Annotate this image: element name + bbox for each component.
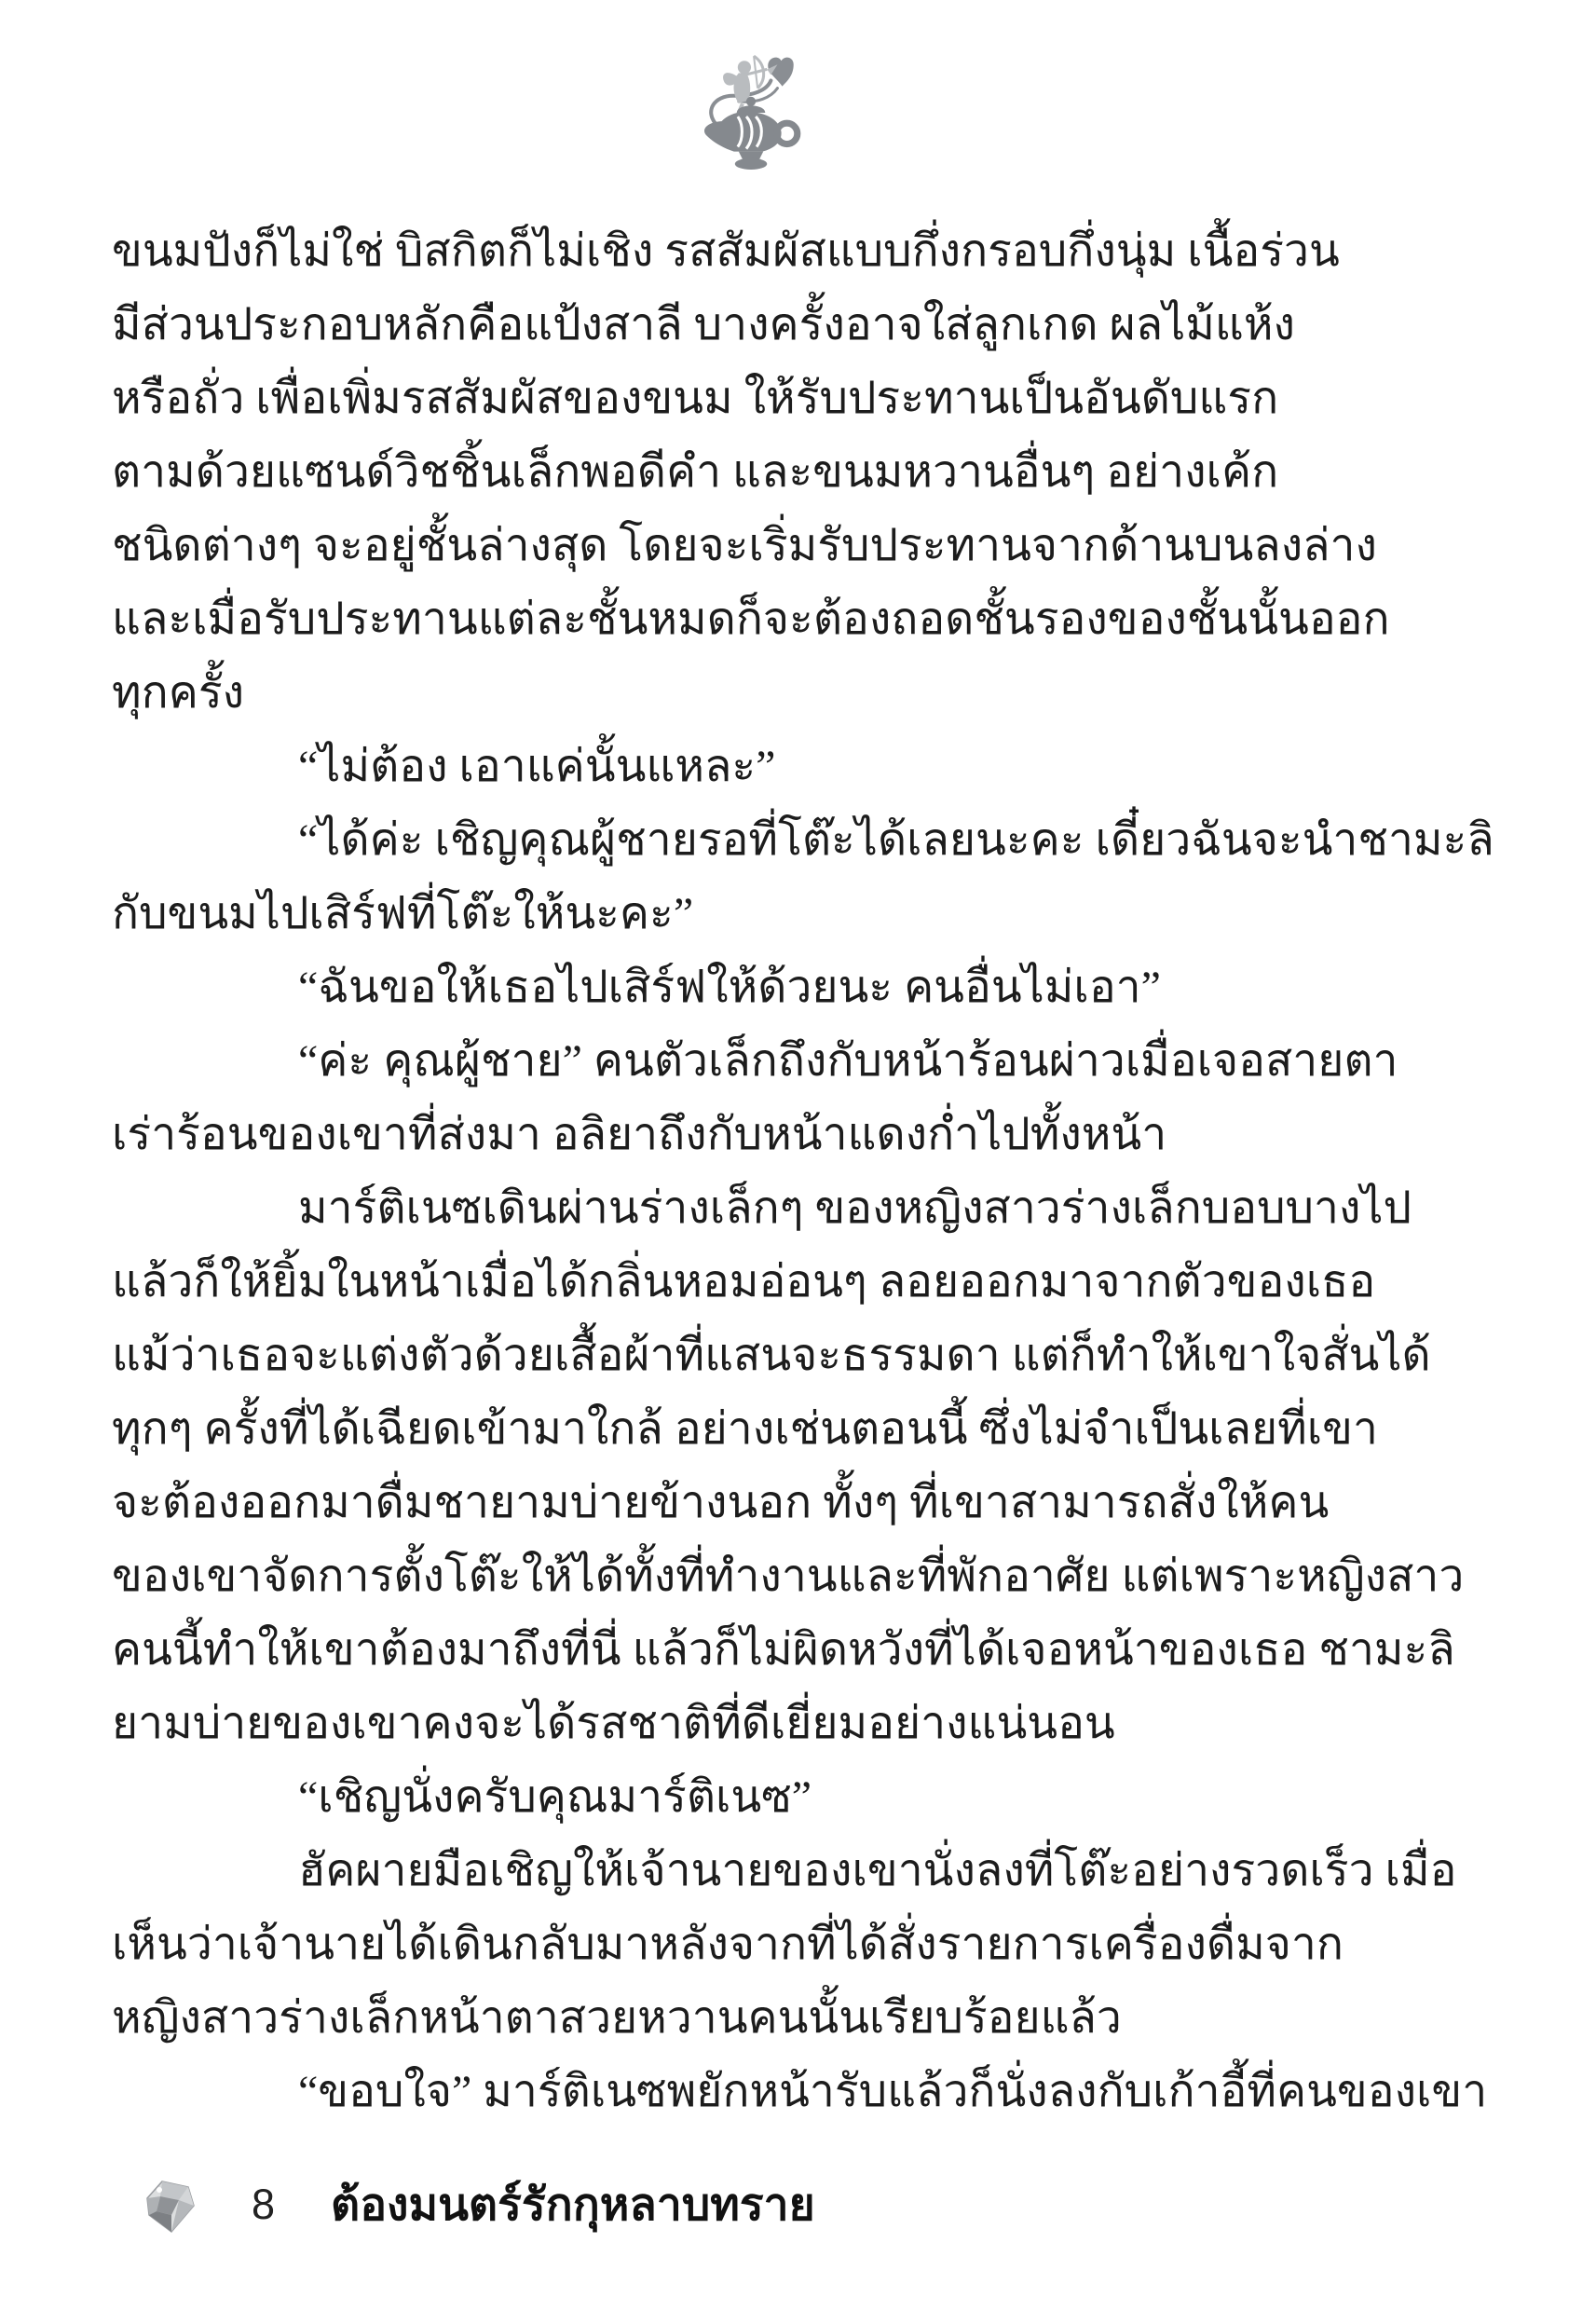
genie-lamp-icon	[691, 48, 807, 171]
text-line: จะต้องออกมาดื่มชายามบ่ายข้างนอก ทั้งๆ ที…	[112, 1466, 1334, 1539]
text-line: ฮัคผายมือเชิญให้เจ้านายของเขานั่งลงที่โต…	[112, 1834, 1334, 1908]
text-line: เร่าร้อนของเขาที่ส่งมา อลิยาถึงกับหน้าแด…	[112, 1098, 1334, 1171]
diamond-icon	[138, 2172, 203, 2237]
book-title: ต้องมนตร์รักกุหลาบทราย	[331, 2169, 815, 2240]
text-line: ขนมปังก็ไม่ใช่ บิสกิตก็ไม่เชิง รสสัมผัสแ…	[112, 214, 1334, 288]
text-line: แล้วก็ให้ยิ้มในหน้าเมื่อได้กลิ่นหอมอ่อนๆ…	[112, 1245, 1334, 1319]
body-text: ขนมปังก็ไม่ใช่ บิสกิตก็ไม่เชิง รสสัมผัสแ…	[112, 214, 1334, 2128]
text-line: “ได้ค่ะ เชิญคุณผู้ชายรอที่โต๊ะได้เลยนะคะ…	[112, 803, 1334, 877]
text-line: ตามด้วยแซนด์วิชชิ้นเล็กพอดีคำ และขนมหวาน…	[112, 435, 1334, 509]
text-line: มีส่วนประกอบหลักคือแป้งสาลี บางครั้งอาจใ…	[112, 288, 1334, 362]
text-line: หญิงสาวร่างเล็กหน้าตาสวยหวานคนนั้นเรียบร…	[112, 1981, 1334, 2055]
text-line: มาร์ติเนซเดินผ่านร่างเล็กๆ ของหญิงสาวร่า…	[112, 1171, 1334, 1245]
text-line: แม้ว่าเธอจะแต่งตัวด้วยเสื้อผ้าที่แสนจะธร…	[112, 1319, 1334, 1392]
text-line: “ไม่ต้อง เอาแค่นั้นแหละ”	[112, 730, 1334, 803]
text-line: ทุกๆ ครั้งที่ได้เฉียดเข้ามาใกล้ อย่างเช่…	[112, 1392, 1334, 1466]
text-line: กับขนมไปเสิร์ฟที่โต๊ะให้นะคะ”	[112, 877, 1334, 950]
text-line: “ค่ะ คุณผู้ชาย” คนตัวเล็กถึงกับหน้าร้อนผ…	[112, 1024, 1334, 1098]
page-footer: 8 ต้องมนตร์รักกุหลาบทราย	[138, 2169, 815, 2240]
text-line: เห็นว่าเจ้านายได้เดินกลับมาหลังจากที่ได้…	[112, 1908, 1334, 1981]
text-line: “ฉันขอให้เธอไปเสิร์ฟให้ด้วยนะ คนอื่นไม่เ…	[112, 950, 1334, 1024]
text-line: หรือถั่ว เพื่อเพิ่มรสสัมผัสของขนม ให้รับ…	[112, 362, 1334, 435]
text-line: ของเขาจัดการตั้งโต๊ะให้ได้ทั้งที่ทำงานแล…	[112, 1539, 1334, 1613]
genie-lamp-cupid-ornament	[691, 48, 807, 171]
text-line: คนนี้ทำให้เขาต้องมาถึงที่นี่ แล้วก็ไม่ผิ…	[112, 1613, 1334, 1687]
text-line: ทุกครั้ง	[112, 656, 1334, 730]
book-page: ขนมปังก็ไม่ใช่ บิสกิตก็ไม่เชิง รสสัมผัสแ…	[0, 0, 1596, 2311]
page-number: 8	[252, 2181, 275, 2229]
text-line: ชนิดต่างๆ จะอยู่ชั้นล่างสุด โดยจะเริ่มรั…	[112, 509, 1334, 582]
text-line: “ขอบใจ” มาร์ติเนซพยักหน้ารับแล้วก็นั่งลง…	[112, 2055, 1334, 2128]
text-line: “เชิญนั่งครับคุณมาร์ติเนซ”	[112, 1760, 1334, 1834]
text-line: ยามบ่ายของเขาคงจะได้รสชาติที่ดีเยี่ยมอย่…	[112, 1687, 1334, 1760]
text-line: และเมื่อรับประทานแต่ละชั้นหมดก็จะต้องถอด…	[112, 582, 1334, 656]
